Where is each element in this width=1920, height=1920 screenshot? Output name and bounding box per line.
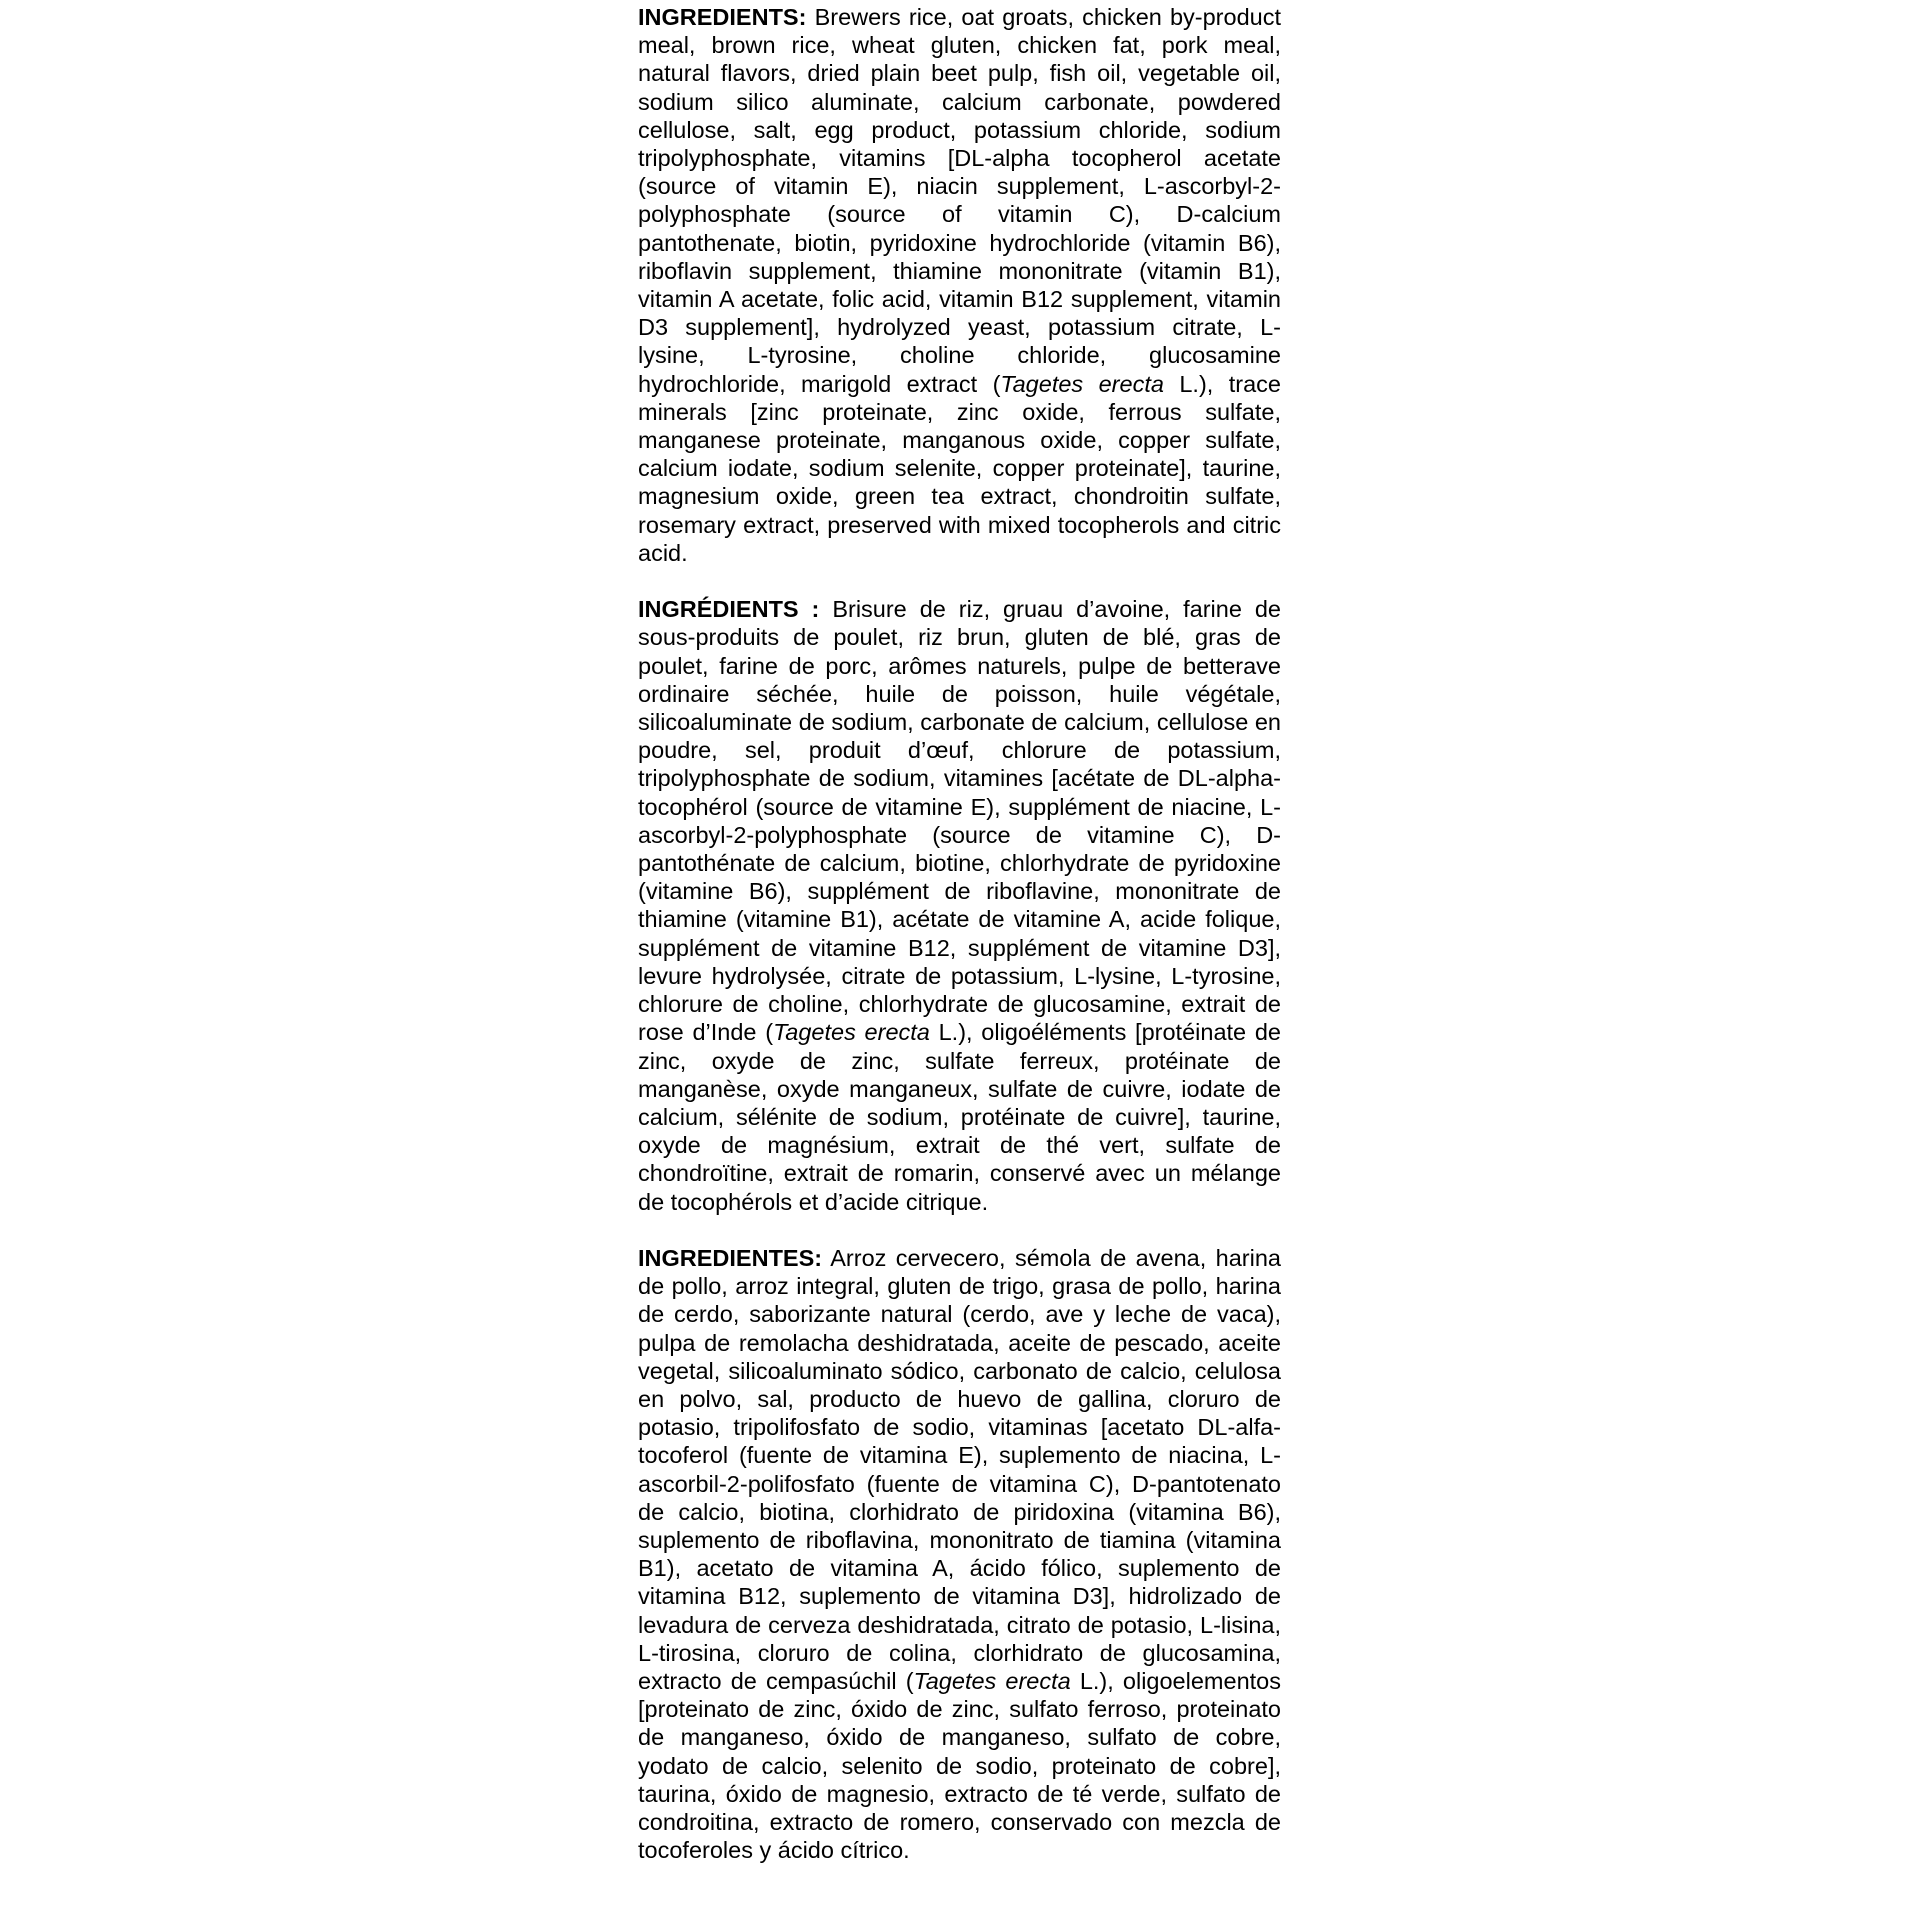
species-name-latin-es: Tagetes erecta [914,1668,1071,1694]
ingredients-heading-es: INGREDIENTES: [638,1245,822,1271]
ingredients-body-en-part1: Brewers rice, oat groats, chicken by-pro… [638,4,1281,397]
ingredients-paragraph-spanish: INGREDIENTES: Arroz cervecero, sémola de… [638,1244,1281,1864]
ingredients-label-column: INGREDIENTS: Brewers rice, oat groats, c… [638,3,1281,1864]
ingredients-heading-fr: INGRÉDIENTS : [638,596,819,622]
ingredients-body-es-part1: Arroz cervecero, sémola de avena, harina… [638,1245,1281,1694]
species-name-latin-fr: Tagetes erecta [773,1019,930,1045]
ingredients-paragraph-english: INGREDIENTS: Brewers rice, oat groats, c… [638,3,1281,567]
species-name-latin-en: Tagetes erecta [1000,371,1164,397]
ingredients-body-es-part2: L.), oligoelementos [proteinato de zinc,… [638,1668,1281,1863]
ingredients-body-fr-part2: L.), oligoéléments [protéinate de zinc, … [638,1019,1281,1214]
ingredients-body-fr-part1: Brisure de riz, gruau d’avoine, farine d… [638,596,1281,1045]
ingredients-body-en-part2: L.), trace minerals [zinc proteinate, zi… [638,371,1281,566]
ingredients-paragraph-french: INGRÉDIENTS : Brisure de riz, gruau d’av… [638,595,1281,1215]
ingredients-heading-en: INGREDIENTS: [638,4,806,30]
